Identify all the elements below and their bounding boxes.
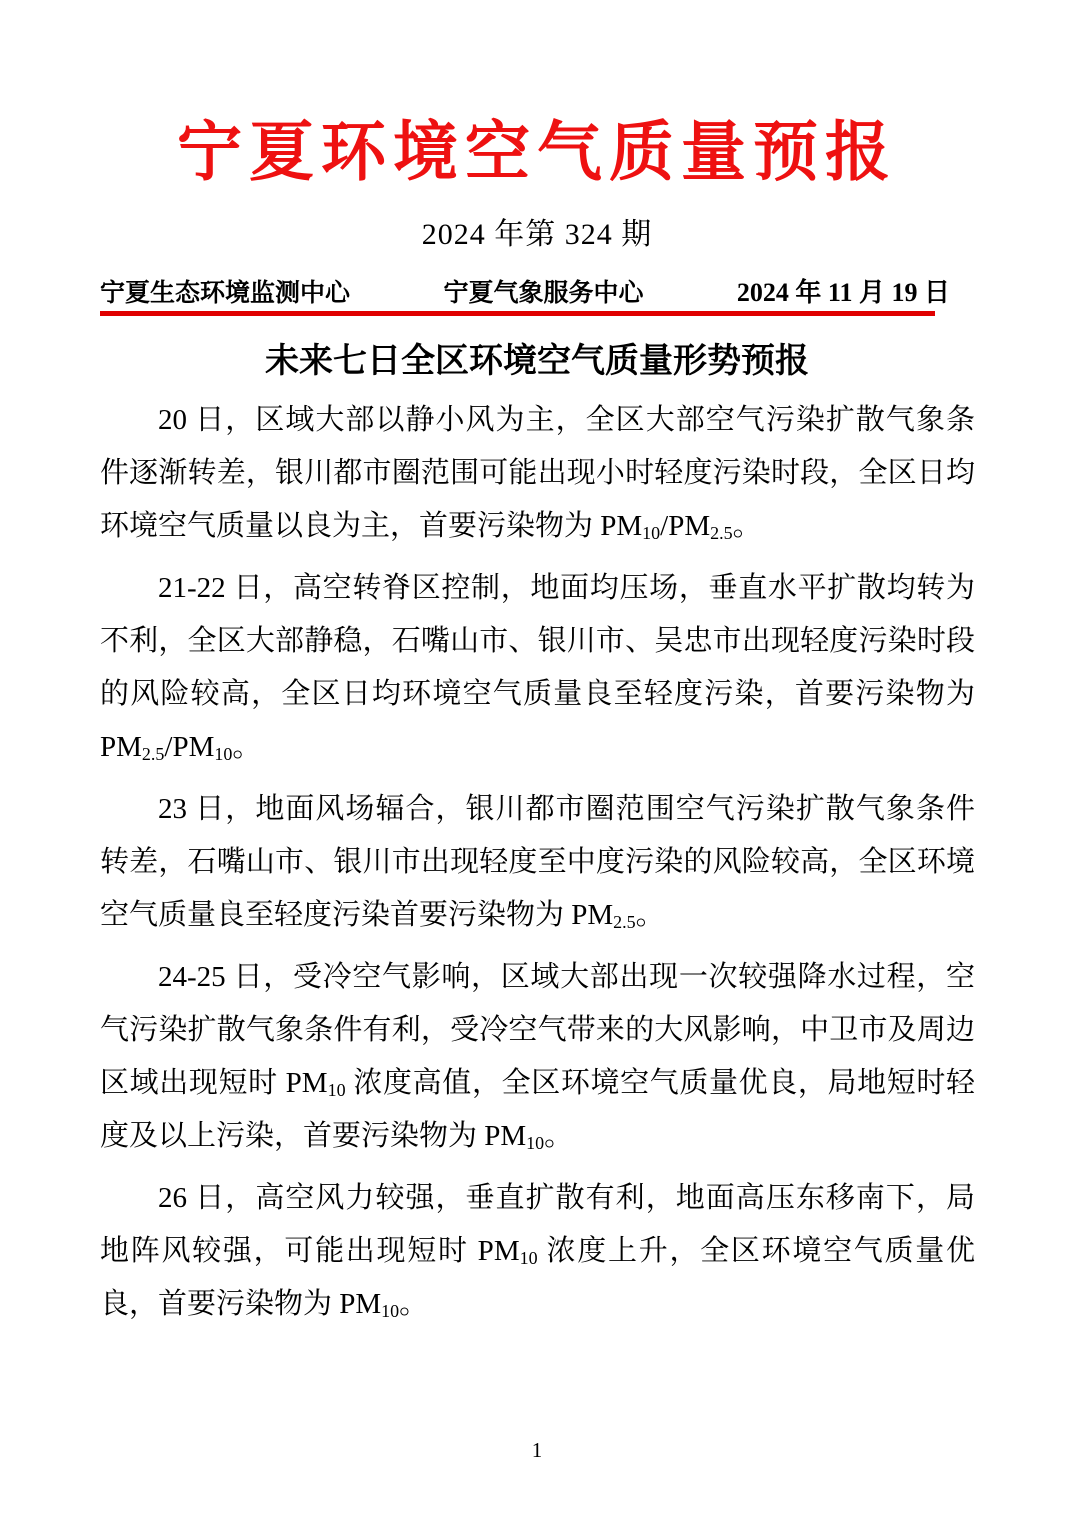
forecast-body: 20 日，区域大部以静小风为主，全区大部空气污染扩散气象条件逐渐转差，银川都市圈… bbox=[100, 394, 975, 1331]
issue-date: 2024 年 11 月 19 日 bbox=[737, 278, 950, 308]
red-divider-rule bbox=[100, 311, 935, 316]
page-number: 1 bbox=[0, 1438, 1074, 1462]
issuing-header-row: 宁夏生态环境监测中心 宁夏气象服务中心 2024 年 11 月 19 日 bbox=[100, 278, 950, 308]
document-title: 宁夏环境空气质量预报 bbox=[0, 0, 1074, 190]
forecast-paragraph-day23: 23 日，地面风场辐合，银川都市圈范围空气污染扩散气象条件转差，石嘴山市、银川市… bbox=[100, 783, 975, 942]
forecast-paragraph-day26: 26 日，高空风力较强，垂直扩散有利，地面高压东移南下，局地阵风较强，可能出现短… bbox=[100, 1172, 975, 1331]
issue-number: 2024 年第 324 期 bbox=[0, 216, 1074, 254]
section-title: 未来七日全区环境空气质量形势预报 bbox=[0, 342, 1074, 382]
issuing-org-monitoring-center: 宁夏生态环境监测中心 bbox=[100, 278, 350, 308]
forecast-paragraph-day20: 20 日，区域大部以静小风为主，全区大部空气污染扩散气象条件逐渐转差，银川都市圈… bbox=[100, 394, 975, 553]
forecast-paragraph-day21-22: 21-22 日，高空转脊区控制，地面均压场，垂直水平扩散均转为不利，全区大部静稳… bbox=[100, 562, 975, 774]
issuing-org-weather-service-center: 宁夏气象服务中心 bbox=[443, 278, 643, 308]
forecast-paragraph-day24-25: 24-25 日，受冷空气影响，区域大部出现一次较强降水过程，空气污染扩散气象条件… bbox=[100, 951, 975, 1163]
document-page: 宁夏环境空气质量预报 2024 年第 324 期 宁夏生态环境监测中心 宁夏气象… bbox=[0, 0, 1074, 1520]
